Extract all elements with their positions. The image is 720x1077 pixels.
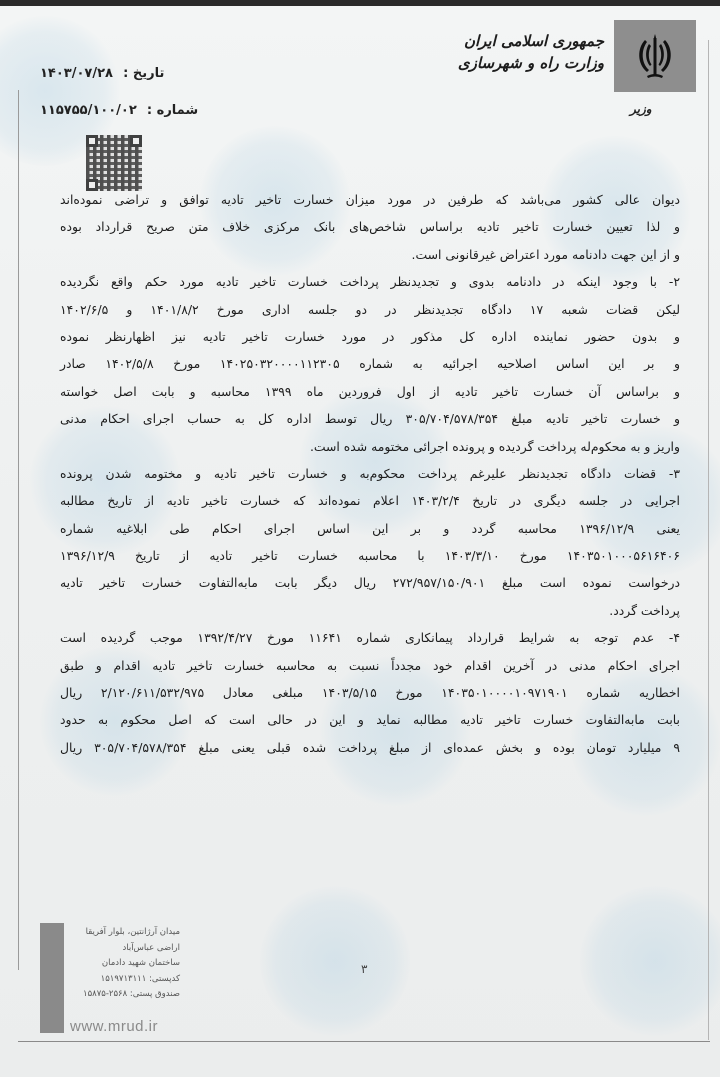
body-line: و بدون حضور نماینده اداره کل مذکور در مو… [60, 323, 680, 350]
date-value: ۱۴۰۳/۰۷/۲۸ [40, 66, 113, 81]
body-line: اجرای احکام مدنی در آخرین اقدام خود مجدد… [60, 652, 680, 679]
page-number: ۳ [361, 962, 367, 976]
frame-border-right [708, 40, 709, 1040]
body-line: دیوان عالی کشور می‌باشد که طرفین در مورد… [60, 186, 680, 213]
frame-border-bottom [18, 1041, 710, 1042]
body-line: ۹ میلیارد تومان بوده و بخش عمده‌ای از مب… [60, 734, 680, 761]
letter-body: دیوان عالی کشور می‌باشد که طرفین در مورد… [60, 186, 680, 761]
footer-address: میدان آرژانتین، بلوار آفریقا اراضی عباس‌… [70, 925, 180, 1003]
body-line: بابت مابه‌التفاوت خسارت تاخیر تادیه مطال… [60, 706, 680, 733]
body-line: لیکن قضات شعبه ۱۷ دادگاه تجدیدنظر در دو … [60, 296, 680, 323]
address-line: ساختمان شهید دادمان [70, 956, 180, 972]
signatory-title: وزیر [630, 102, 652, 116]
body-line-item-2: ۲- با وجود اینکه در دادنامه بدوی و تجدید… [60, 268, 680, 295]
body-line: اخطاریه شماره ۱۴۰۳۵۰۱۰۰۰۰۱۰۹۷۱۹۰۱ مورخ ۱… [60, 679, 680, 706]
footer-decor-bar [40, 923, 64, 1033]
ministry-name: جمهوری اسلامی ایران وزارت راه و شهرسازی [458, 30, 604, 74]
body-line: ۱۴۰۳۵۰۱۰۰۰۵۶۱۶۴۰۶ مورخ ۱۴۰۳/۳/۱۰ با محاس… [60, 542, 680, 569]
body-line: درخواست نموده است مبلغ ۲۷۲/۹۵۷/۱۵۰/۹۰۱ ر… [60, 569, 680, 596]
body-line: و از این جهت دادنامه مورد اعتراض غیرقانو… [60, 241, 680, 268]
address-line: میدان آرژانتین، بلوار آفریقا [70, 925, 180, 941]
body-line: یعنی ۱۳۹۶/۱۲/۹ محاسبه گردد و بر این اساس… [60, 515, 680, 542]
letter-date: تاریخ : ۱۴۰۳/۰۷/۲۸ [40, 66, 164, 81]
watermark-emblem [580, 886, 720, 1036]
qr-finder-pattern [86, 135, 98, 147]
website-url: www.mrud.ir [70, 1018, 158, 1035]
address-line: اراضی عباس‌آباد [70, 941, 180, 957]
letter-number: شماره : ۱۱۵۷۵۵/۱۰۰/۰۲ [40, 103, 198, 118]
body-line: پرداخت گردد. [60, 597, 680, 624]
iran-emblem-icon [614, 20, 696, 92]
postal-code: کدپستی: ۱۵۱۹۷۱۳۱۱۱ [70, 972, 180, 988]
date-label: تاریخ : [123, 66, 164, 81]
po-box: صندوق پستی: ۲۵۶۸-۱۵۸۷۵ [70, 987, 180, 1003]
body-line-item-3: ۳- قضات دادگاه تجدیدنظر علیرغم پرداخت مح… [60, 460, 680, 487]
body-line-item-4: ۴- عدم توجه به شرایط قرارداد پیمانکاری ش… [60, 624, 680, 651]
frame-border-left [18, 90, 19, 970]
body-line: واریز و به محکوم‌له پرداخت گردیده و پرون… [60, 433, 680, 460]
body-line: و خسارت تاخیر تادیه مبلغ ۳۰۵/۷۰۴/۵۷۸/۳۵۴… [60, 405, 680, 432]
ministry-line-2: وزارت راه و شهرسازی [458, 52, 604, 74]
body-line: اجرایی در جلسه دیگری در تاریخ ۱۴۰۳/۲/۴ ا… [60, 487, 680, 514]
qr-code-icon [86, 135, 142, 191]
number-value: ۱۱۵۷۵۵/۱۰۰/۰۲ [40, 103, 137, 118]
number-label: شماره : [147, 103, 198, 118]
qr-finder-pattern [130, 135, 142, 147]
body-line: و لذا تعیین خسارت تاخیر تادیه براساس شاخ… [60, 213, 680, 240]
ministry-line-1: جمهوری اسلامی ایران [458, 30, 604, 52]
body-line: و بر این اساس اصلاحیه اجرائیه به شماره ۱… [60, 350, 680, 377]
body-line: و براساس آن خسارت تاخیر تادیه از اول فرو… [60, 378, 680, 405]
watermark-emblem [260, 886, 410, 1036]
